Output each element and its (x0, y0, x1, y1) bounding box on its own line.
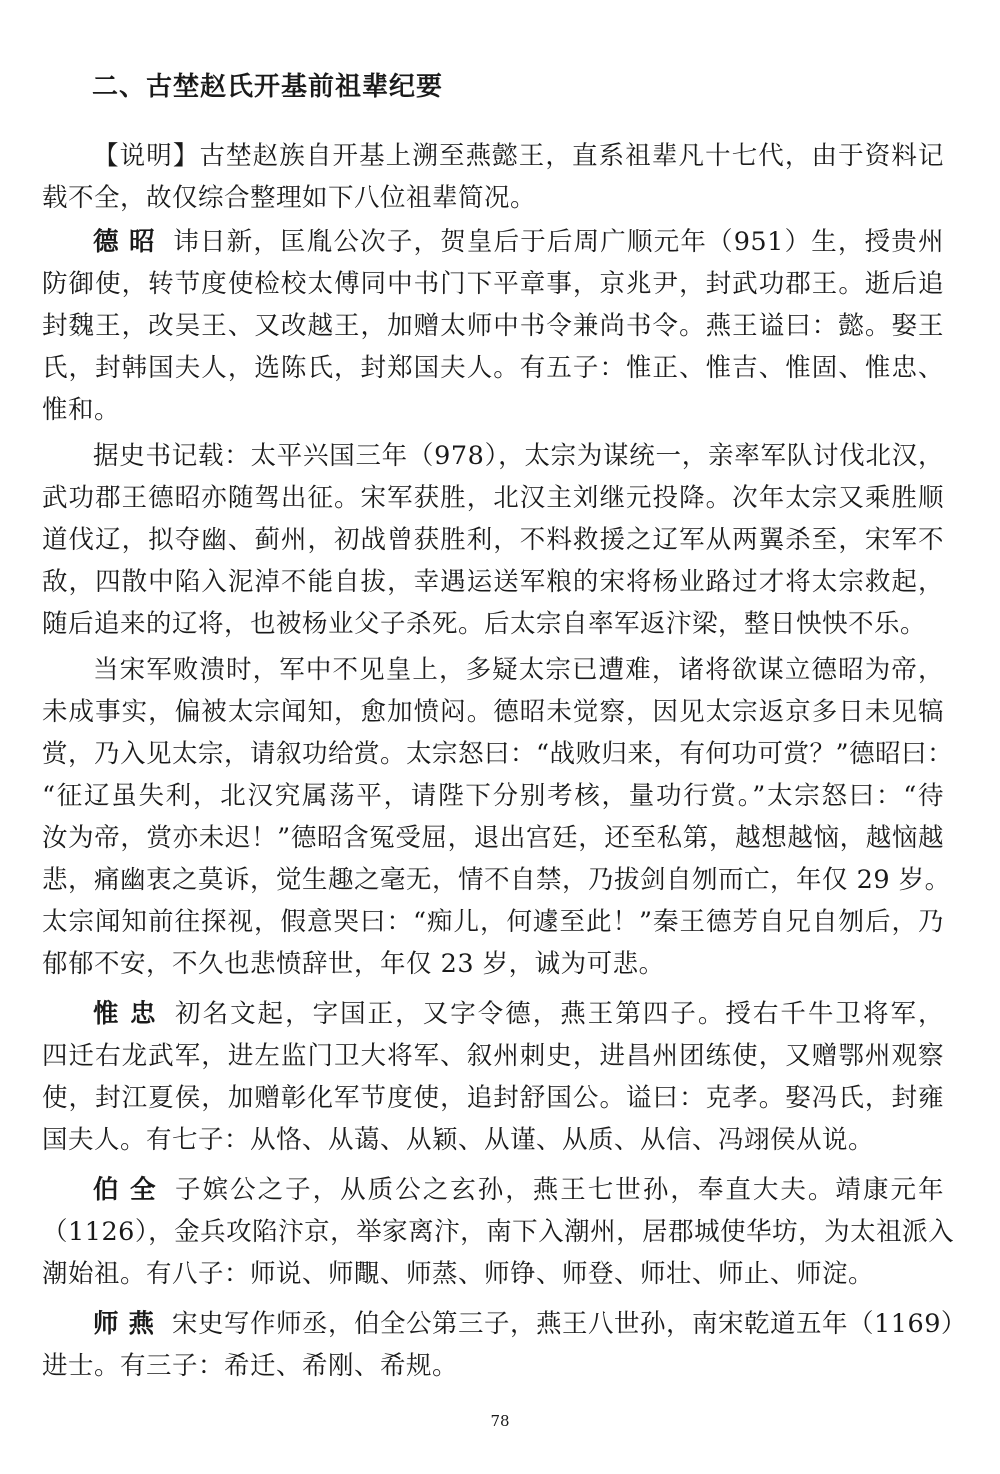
paragraph-line: 当宋军败溃时，军中不见皇上，多疑太宗已遭难，诸将欲谋立德昭为帝， (93, 652, 944, 688)
paragraph-text: 初名文起，字国正，又字令德，燕王第四子。授右千牛卫将军， (175, 999, 944, 1029)
ancestor-name: 伯全 (93, 1175, 167, 1205)
document-page: 二、古埜赵氏开基前祖辈纪要 【说明】古埜赵族自开基上溯至燕懿王，直系祖辈凡十七代… (0, 0, 1000, 1474)
paragraph-line: 惟忠初名文起，字国正，又字令德，燕王第四子。授右千牛卫将军， (93, 996, 944, 1032)
paragraph-line: 氏，封韩国夫人，选陈氏，封郑国夫人。有五子：惟正、惟吉、惟固、惟忠、 (42, 350, 944, 386)
paragraph-line: 【说明】古埜赵族自开基上溯至燕懿王，直系祖辈凡十七代，由于资料记 (93, 138, 944, 174)
paragraph-line: 敌，四散中陷入泥淖不能自拔，幸遇运送军粮的宋将杨业路过才将太宗救起， (42, 564, 944, 600)
paragraph-line: 载不全，故仅综合整理如下八位祖辈简况。 (42, 180, 944, 216)
paragraph-line: 使，封江夏侯，加赠彰化军节度使，追封舒国公。谥曰：克孝。娶冯氏，封雍 (42, 1080, 944, 1116)
paragraph-line: 德昭讳日新，匡胤公次子，贺皇后于后周广顺元年（951）生，授贵州 (93, 224, 944, 260)
paragraph-line: 武功郡王德昭亦随驾出征。宋军获胜，北汉主刘继元投降。次年太宗又乘胜顺 (42, 480, 944, 516)
ancestor-name: 师燕 (93, 1309, 164, 1339)
paragraph-line: 悲，痛幽衷之莫诉，觉生趣之毫无，情不自禁，乃拔剑自刎而亡，年仅 29 岁。 (42, 862, 944, 898)
paragraph-line: 惟和。 (42, 392, 944, 428)
ancestor-name: 德昭 (93, 227, 165, 257)
paragraph-line: 太宗闻知前往探视，假意哭曰：“痴儿，何遽至此！”秦王德芳自兄自刎后，乃 (42, 904, 944, 940)
paragraph-text: 子嫔公之子，从质公之玄孙，燕王七世孙，奉直大夫。靖康元年 (175, 1175, 944, 1205)
paragraph-line: 郁郁不安，不久也悲愤辞世，年仅 23 岁，诚为可悲。 (42, 946, 944, 982)
paragraph-line: （1126），金兵攻陷汴京，举家离汴，南下入潮州，居郡城使华坊，为太祖派入 (42, 1214, 944, 1250)
paragraph-line: 汝为帝，赏亦未迟！”德昭含冤受屈，退出宫廷，还至私第，越想越恼，越恼越 (42, 820, 944, 856)
paragraph-line: 进士。有三子：希迁、希刚、希规。 (42, 1348, 944, 1384)
paragraph-line: 国夫人。有七子：从恪、从蔼、从颖、从谨、从质、从信、冯翊侯从说。 (42, 1122, 944, 1158)
paragraph-line: 据史书记载：太平兴国三年（978），太宗为谋统一，亲率军队讨伐北汉， (93, 438, 944, 474)
paragraph-line: 赏，乃入见太宗，请叙功给赏。太宗怒曰：“战败归来，有何功可赏？”德昭曰： (42, 736, 944, 772)
paragraph-line: 伯全子嫔公之子，从质公之玄孙，燕王七世孙，奉直大夫。靖康元年 (93, 1172, 944, 1208)
paragraph-text: 讳日新，匡胤公次子，贺皇后于后周广顺元年（951）生，授贵州 (173, 227, 944, 257)
section-heading: 二、古埜赵氏开基前祖辈纪要 (92, 66, 443, 103)
paragraph-line: 封魏王，改吴王、又改越王，加赠太师中书令兼尚书令。燕王谥曰：懿。娶王 (42, 308, 944, 344)
paragraph-text: 宋史写作师丞，伯全公第三子，燕王八世孙，南宋乾道五年（1169） (172, 1309, 967, 1339)
paragraph-line: 防御使，转节度使检校太傅同中书门下平章事，京兆尹，封武功郡王。逝后追 (42, 266, 944, 302)
paragraph-line: 四迁右龙武军，进左监门卫大将军、叙州刺史，进昌州团练使，又赠鄂州观察 (42, 1038, 944, 1074)
paragraph-line: 未成事实，偏被太宗闻知，愈加愤闷。德昭未觉察，因见太宗返京多日未见犒 (42, 694, 944, 730)
paragraph-line: 随后追来的辽将，也被杨业父子杀死。后太宗自率军返汴梁，整日怏怏不乐。 (42, 606, 944, 642)
page-number: 78 (0, 1412, 1000, 1430)
paragraph-line: 道伐辽，拟夺幽、蓟州，初战曾获胜利，不料救援之辽军从两翼杀至，宋军不 (42, 522, 944, 558)
ancestor-name: 惟忠 (93, 999, 167, 1029)
paragraph-line: “征辽虽失利，北汉究属荡平，请陛下分别考核，量功行赏。”太宗怒曰：“待 (42, 778, 944, 814)
paragraph-line: 潮始祖。有八子：师说、师覸、师蒸、师铮、师登、师壮、师止、师淀。 (42, 1256, 944, 1292)
paragraph-line: 师燕宋史写作师丞，伯全公第三子，燕王八世孙，南宋乾道五年（1169） (93, 1306, 944, 1342)
